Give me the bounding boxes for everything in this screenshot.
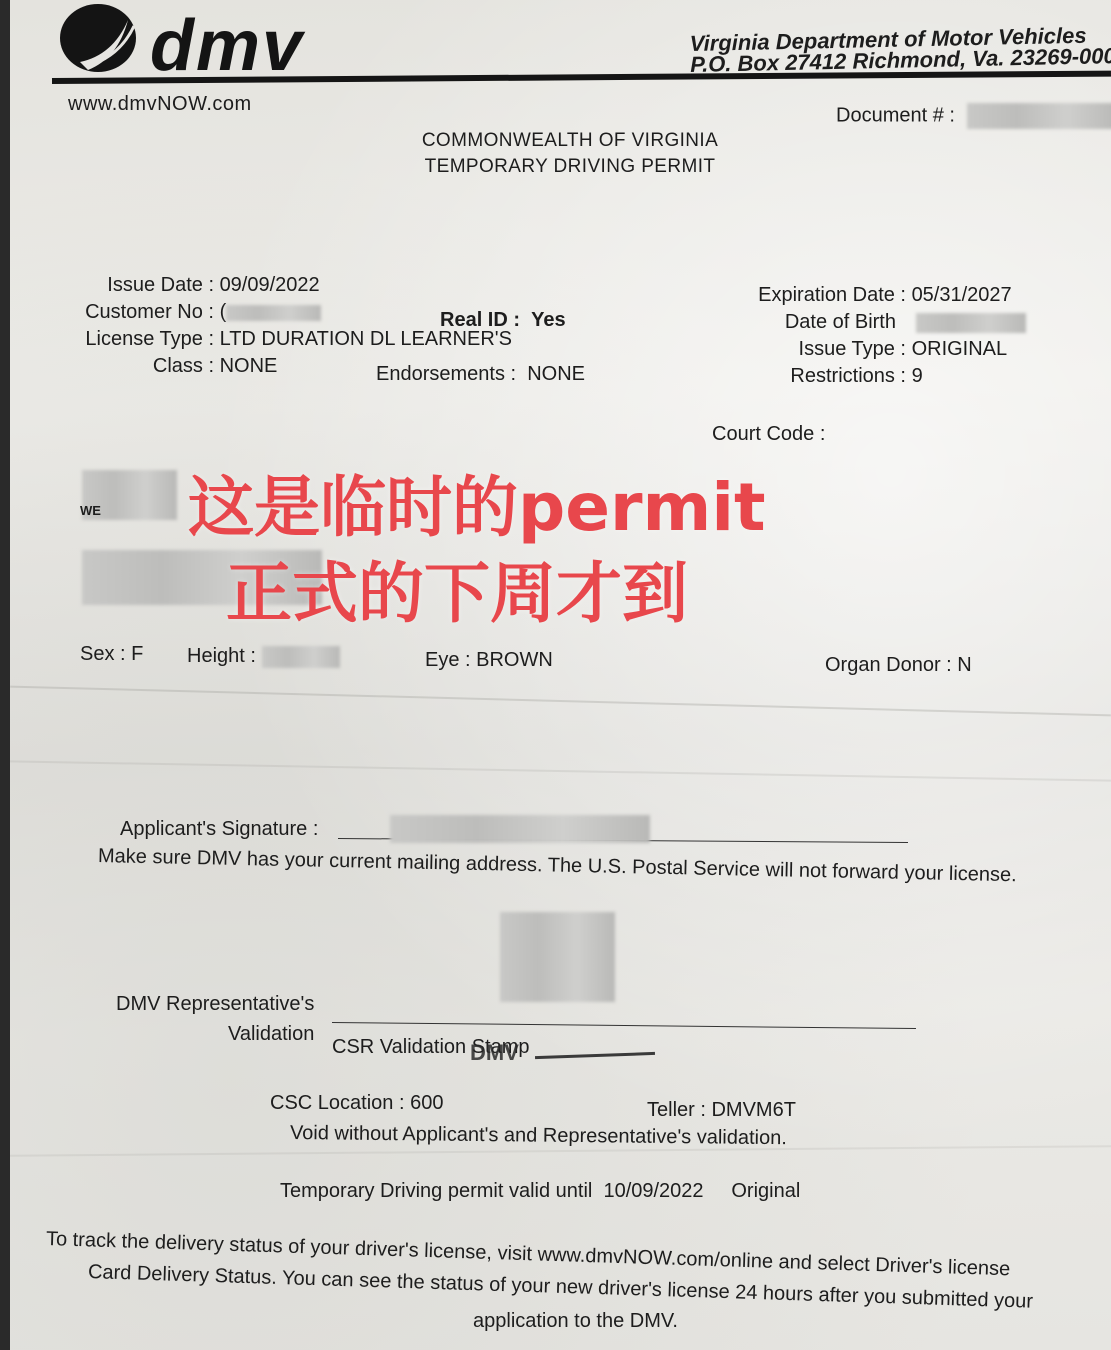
teller-value: DMVM6T bbox=[711, 1099, 795, 1121]
eye-value: BROWN bbox=[476, 649, 553, 671]
paper-crease bbox=[10, 686, 1111, 717]
redacted-dob bbox=[916, 313, 1026, 333]
restrictions-row: Restrictions : 9 bbox=[720, 363, 1026, 390]
overlay-annotation-line-1: 这是临时的permit bbox=[188, 466, 766, 550]
issue-date-row: Issue Date : 09/09/2022 bbox=[74, 272, 512, 299]
sex-value: F bbox=[131, 643, 143, 665]
redacted-customer-no bbox=[226, 305, 321, 321]
csc-location-value: 600 bbox=[410, 1092, 443, 1114]
real-id-row: Real ID : Yes bbox=[440, 309, 566, 332]
paper-crease bbox=[10, 760, 1111, 781]
dmv-logo-icon: dmv bbox=[58, 0, 368, 80]
court-code-row: Court Code : bbox=[712, 423, 825, 446]
csr-stamp: DMV bbox=[470, 1040, 519, 1066]
expiration-date-row: Expiration Date : 05/31/2027 bbox=[720, 282, 1026, 309]
svg-text:dmv: dmv bbox=[150, 6, 306, 80]
document-number: Document # : bbox=[836, 103, 1111, 129]
title-line-1: COMMONWEALTH OF VIRGINIA bbox=[0, 128, 1111, 154]
fields-right: Expiration Date : 05/31/2027 Date of Bir… bbox=[720, 282, 1026, 390]
redacted-height bbox=[262, 646, 340, 668]
name-fragment: WE bbox=[80, 503, 101, 518]
redacted-signature bbox=[390, 815, 650, 843]
redacted-document-number bbox=[967, 103, 1111, 129]
footer-line-3: application to the DMV. bbox=[473, 1310, 678, 1333]
title-line-2: TEMPORARY DRIVING PERMIT bbox=[0, 154, 1111, 180]
organ-donor-row: Organ Donor : N bbox=[825, 654, 972, 677]
rep-label-line-1: DMV Representative's bbox=[116, 993, 314, 1016]
height-row: Height : bbox=[187, 645, 340, 668]
endorsements-value: NONE bbox=[527, 363, 585, 385]
validity-text: Temporary Driving permit valid until bbox=[280, 1180, 592, 1202]
document-title: COMMONWEALTH OF VIRGINIA TEMPORARY DRIVI… bbox=[0, 128, 1111, 180]
validity-row: Temporary Driving permit valid until 10/… bbox=[280, 1180, 800, 1203]
overlay-annotation-line-2: 正式的下周才到 bbox=[226, 552, 688, 636]
csc-location-row: CSC Location : 600 bbox=[270, 1092, 443, 1115]
sex-row: Sex : F bbox=[80, 643, 143, 666]
expiration-date-value: 05/31/2027 bbox=[912, 284, 1012, 306]
teller-row: Teller : DMVM6T bbox=[647, 1099, 796, 1122]
organ-donor-value: N bbox=[957, 654, 971, 676]
validity-status: Original bbox=[731, 1180, 800, 1202]
signature-label: Applicant's Signature : bbox=[120, 818, 318, 841]
dmv-logo: dmv bbox=[58, 0, 368, 80]
eye-row: Eye : BROWN bbox=[425, 649, 553, 672]
class-value: NONE bbox=[220, 355, 278, 377]
real-id-value: Yes bbox=[531, 309, 565, 331]
dob-row: Date of Birth bbox=[720, 309, 1026, 336]
issue-type-row: Issue Type : ORIGINAL bbox=[720, 336, 1026, 363]
endorsements-row: Endorsements : NONE bbox=[376, 363, 585, 386]
rep-label-line-2: Validation bbox=[228, 1023, 314, 1046]
document-number-label: Document # : bbox=[836, 104, 955, 126]
issue-date-value: 09/09/2022 bbox=[220, 274, 320, 296]
agency-block: Virginia Department of Motor Vehicles P.… bbox=[690, 24, 1111, 75]
website-url: www.dmvNOW.com bbox=[68, 93, 252, 116]
issue-type-value: ORIGINAL bbox=[912, 338, 1008, 360]
validity-date: 10/09/2022 bbox=[603, 1180, 703, 1202]
redacted-rep-signature bbox=[500, 912, 615, 1002]
restrictions-value: 9 bbox=[912, 365, 923, 387]
